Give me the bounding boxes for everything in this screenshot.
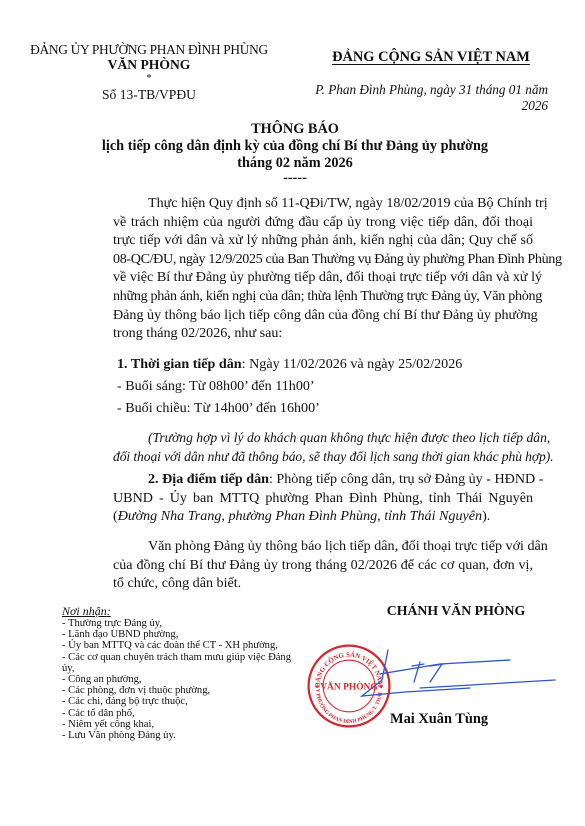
note-line: đối thoại với dân như đã thông báo, sẽ t… bbox=[113, 448, 533, 467]
issuing-authority-block: ĐẢNG ỦY PHƯỜNG PHAN ĐÌNH PHÙNG VĂN PHÒNG… bbox=[30, 42, 268, 102]
office-name: VĂN PHÒNG bbox=[30, 57, 268, 72]
recipient-item: - Các phòng, đơn vị thuộc phường, bbox=[62, 685, 302, 696]
intro-line: 08-QC/ĐU, ngày 12/9/2025 của Ban Thường … bbox=[113, 250, 533, 269]
time-label: 1. Thời gian tiếp dân bbox=[117, 356, 242, 372]
intro-line: những phản ánh, kiến nghị của dân; thừa … bbox=[113, 287, 533, 306]
intro-line: trong tháng 02/2026, như sau: bbox=[113, 324, 533, 343]
recipient-item: - Công an phường, bbox=[62, 674, 302, 685]
recipients-label: Nơi nhận: bbox=[62, 605, 302, 618]
recipient-item: ủy, bbox=[62, 663, 302, 674]
location-value: : Phòng tiếp công dân, trụ sở Đảng ủy - … bbox=[269, 471, 543, 487]
location-line: UBND - Ủy ban MTTQ phường Phan Đình Phùn… bbox=[113, 489, 533, 508]
recipients-list: - Thường trực Đảng ủy,- Lãnh đạo UBND ph… bbox=[62, 618, 302, 741]
closing-line: của đồng chí Bí thư Đảng ủy trong tháng … bbox=[113, 556, 533, 575]
place-date: P. Phan Đình Phùng, ngày 31 tháng 01 năm… bbox=[300, 82, 562, 114]
closing-paragraph: Văn phòng Đảng ủy thông báo lịch tiếp dâ… bbox=[113, 537, 533, 593]
intro-paragraph: Thực hiện Quy định số 11-QĐi/TW, ngày 18… bbox=[113, 194, 533, 213]
location-address-line: (Đường Nha Trang, phường Phan Đình Phùng… bbox=[113, 507, 533, 526]
note-line: (Trường hợp vì lý do khách quan không th… bbox=[148, 429, 533, 448]
recipient-item: - Các chi, đảng bộ trực thuộc, bbox=[62, 696, 302, 707]
closing-line: Văn phòng Đảng ủy thông báo lịch tiếp dâ… bbox=[148, 537, 533, 556]
svg-text:★: ★ bbox=[315, 684, 320, 691]
star-separator: * bbox=[30, 72, 268, 84]
intro-line: trực tiếp với dân và xử lý những phản án… bbox=[113, 231, 533, 250]
location-label: 2. Địa điểm tiếp dân bbox=[148, 471, 269, 487]
signer-position: CHÁNH VĂN PHÒNG bbox=[366, 603, 546, 619]
document-title: THÔNG BÁO lịch tiếp công dân định kỳ của… bbox=[60, 121, 530, 184]
recipient-item: - Các cơ quan chuyên trách tham mưu giúp… bbox=[62, 652, 302, 663]
section-time: 1. Thời gian tiếp dân: Ngày 11/02/2026 v… bbox=[117, 353, 537, 419]
closing-line: tổ chức, công dân biết. bbox=[113, 574, 533, 593]
recipients-block: Nơi nhận: - Thường trực Đảng ủy,- Lãnh đ… bbox=[62, 605, 302, 741]
title-separator: ----- bbox=[60, 172, 530, 184]
recipient-item: - Ủy ban MTTQ và các đoàn thể CT - XH ph… bbox=[62, 640, 302, 651]
time-heading-line: 1. Thời gian tiếp dân: Ngày 11/02/2026 v… bbox=[117, 353, 537, 375]
intro-line: về việc Bí thư Đảng ủy phường tiếp dân, … bbox=[113, 268, 533, 287]
national-header-block: ĐẢNG CỘNG SẢN VIỆT NAM P. Phan Đình Phùn… bbox=[300, 48, 562, 114]
schedule-note: (Trường hợp vì lý do khách quan không th… bbox=[113, 429, 533, 466]
recipient-item: - Các tổ dân phố, bbox=[62, 708, 302, 719]
handwritten-signature-icon bbox=[360, 648, 560, 708]
recipient-item: - Niêm yết công khai, bbox=[62, 719, 302, 730]
location-address: Đường Nha Trang, phường Phan Đình Phùng,… bbox=[118, 508, 482, 524]
signer-name: Mai Xuân Tùng bbox=[390, 711, 488, 728]
intro-paragraph-body: về trách nhiệm của người đứng đầu cấp ủy… bbox=[113, 213, 533, 343]
morning-session: - Buổi sáng: Từ 08h00’ đến 11h00’ bbox=[117, 375, 537, 397]
title-heading: THÔNG BÁO bbox=[60, 121, 530, 138]
title-subtitle-line1: lịch tiếp công dân định kỳ của đồng chí … bbox=[60, 138, 530, 155]
intro-line: về trách nhiệm của người đứng đầu cấp ủy… bbox=[113, 213, 533, 232]
recipient-item: - Lãnh đạo UBND phường, bbox=[62, 629, 302, 640]
party-name: ĐẢNG CỘNG SẢN VIỆT NAM bbox=[332, 49, 530, 66]
time-value: : Ngày 11/02/2026 và ngày 25/02/2026 bbox=[242, 356, 463, 372]
intro-line: Thực hiện Quy định số 11-QĐi/TW, ngày 18… bbox=[148, 194, 533, 213]
organization-name: ĐẢNG ỦY PHƯỜNG PHAN ĐÌNH PHÙNG bbox=[30, 42, 268, 57]
section-location: 2. Địa điểm tiếp dân: Phòng tiếp công dâ… bbox=[113, 470, 533, 526]
document-number: Số 13-TB/VPĐU bbox=[30, 87, 268, 102]
location-line: 2. Địa điểm tiếp dân: Phòng tiếp công dâ… bbox=[148, 470, 533, 489]
recipient-item: - Lưu Văn phòng Đảng ủy. bbox=[62, 730, 302, 741]
afternoon-session: - Buổi chiều: Từ 14h00’ đến 16h00’ bbox=[117, 397, 537, 419]
intro-line: Đảng ủy thông báo lịch tiếp công dân của… bbox=[113, 306, 533, 325]
recipient-item: - Thường trực Đảng ủy, bbox=[62, 618, 302, 629]
